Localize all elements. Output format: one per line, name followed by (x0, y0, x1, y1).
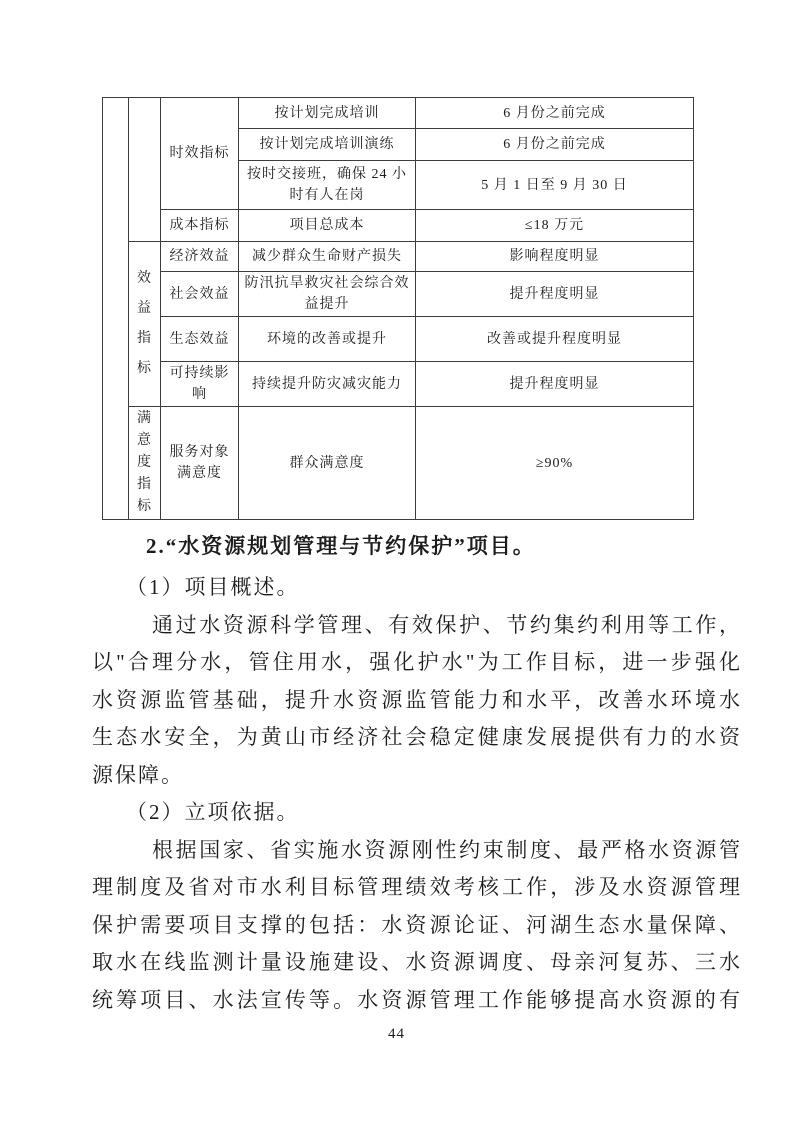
cell-benefit-value-4: 提升程度明显 (416, 362, 694, 407)
cell-time-value-2: 6 月份之前完成 (416, 129, 694, 161)
body-line: 取水在线监测计量设施建设、水资源调度、母亲河复苏、三水 (92, 944, 742, 982)
table-row: 效益指标 经济效益 减少群众生命财产损失 影响程度明显 (103, 242, 694, 272)
document-page: 时效指标 按计划完成培训 6 月份之前完成 按计划完成培训演练 6 月份之前完成… (0, 0, 793, 1122)
cell-benefit-item-3: 环境的改善或提升 (239, 317, 416, 362)
body-line: 理制度及省对市水利目标管理绩效考核工作，涉及水资源管理 (92, 869, 742, 907)
body-line: 统筹项目、水法宣传等。水资源管理工作能够提高水资源的有 (92, 982, 742, 1020)
table-row: 满意度指标 服务对象满意度 群众满意度 ≥90% (103, 407, 694, 520)
body-line: 以"合理分水，管住用水，强化护水"为工作目标，进一步强化 (92, 644, 742, 682)
body-text-column: 2.“水资源规划管理与节约保护”项目。 （1）项目概述。 通过水资源科学管理、有… (92, 524, 742, 1019)
table-row: 成本指标 项目总成本 ≤18 万元 (103, 210, 694, 242)
cell-benefit-value-1: 影响程度明显 (416, 242, 694, 272)
cell-outer-group-empty (103, 98, 129, 520)
cell-benefit-group-label: 效益指标 (129, 242, 161, 407)
cell-benefit-value-3: 改善或提升程度明显 (416, 317, 694, 362)
body-line: 保护需要项目支撑的包括：水资源论证、河湖生态水量保障、 (92, 907, 742, 945)
body-line: 水资源监管基础，提升水资源监管能力和水平，改善水环境水 (92, 682, 742, 720)
cell-time-label: 时效指标 (161, 98, 239, 210)
cell-satisfaction-item: 群众满意度 (239, 407, 416, 520)
cell-benefit-item-1: 减少群众生命财产损失 (239, 242, 416, 272)
table-row: 可持续影响 持续提升防灾减灾能力 提升程度明显 (103, 362, 694, 407)
cell-group-empty (129, 98, 161, 242)
cell-satisfaction-sub: 服务对象满意度 (161, 407, 239, 520)
cell-satisfaction-value: ≥90% (416, 407, 694, 520)
cell-cost-item: 项目总成本 (239, 210, 416, 242)
cell-time-item-3: 按时交接班，确保 24 小时有人在岗 (239, 161, 416, 210)
body-line: 根据国家、省实施水资源刚性约束制度、最严格水资源管 (92, 832, 742, 870)
cell-benefit-value-2: 提升程度明显 (416, 272, 694, 317)
cell-benefit-sub-4: 可持续影响 (161, 362, 239, 407)
body-line: 通过水资源科学管理、有效保护、节约集约利用等工作， (92, 607, 742, 645)
cell-benefit-item-2: 防汛抗旱救灾社会综合效益提升 (239, 272, 416, 317)
cell-benefit-item-4: 持续提升防灾减灾能力 (239, 362, 416, 407)
cell-time-value-1: 6 月份之前完成 (416, 98, 694, 129)
page-number: 44 (0, 1026, 793, 1043)
cell-benefit-sub-1: 经济效益 (161, 242, 239, 272)
list-item-2: （2）立项依据。 (92, 794, 742, 832)
table-row: 时效指标 按计划完成培训 6 月份之前完成 (103, 98, 694, 129)
section-heading: 2.“水资源规划管理与节约保护”项目。 (92, 524, 742, 569)
list-item-1: （1）项目概述。 (92, 569, 742, 607)
table-row: 社会效益 防汛抗旱救灾社会综合效益提升 提升程度明显 (103, 272, 694, 317)
body-line: 生态水安全，为黄山市经济社会稳定健康发展提供有力的水资 (92, 719, 742, 757)
cell-benefit-sub-2: 社会效益 (161, 272, 239, 317)
cell-time-value-3: 5 月 1 日至 9 月 30 日 (416, 161, 694, 210)
cell-time-item-1: 按计划完成培训 (239, 98, 416, 129)
cell-cost-label: 成本指标 (161, 210, 239, 242)
table-row: 生态效益 环境的改善或提升 改善或提升程度明显 (103, 317, 694, 362)
cell-benefit-sub-3: 生态效益 (161, 317, 239, 362)
cell-cost-value: ≤18 万元 (416, 210, 694, 242)
cell-satisfaction-group-label: 满意度指标 (129, 407, 161, 520)
body-line: 源保障。 (92, 757, 742, 795)
cell-time-item-2: 按计划完成培训演练 (239, 129, 416, 161)
indicator-table: 时效指标 按计划完成培训 6 月份之前完成 按计划完成培训演练 6 月份之前完成… (102, 97, 694, 520)
